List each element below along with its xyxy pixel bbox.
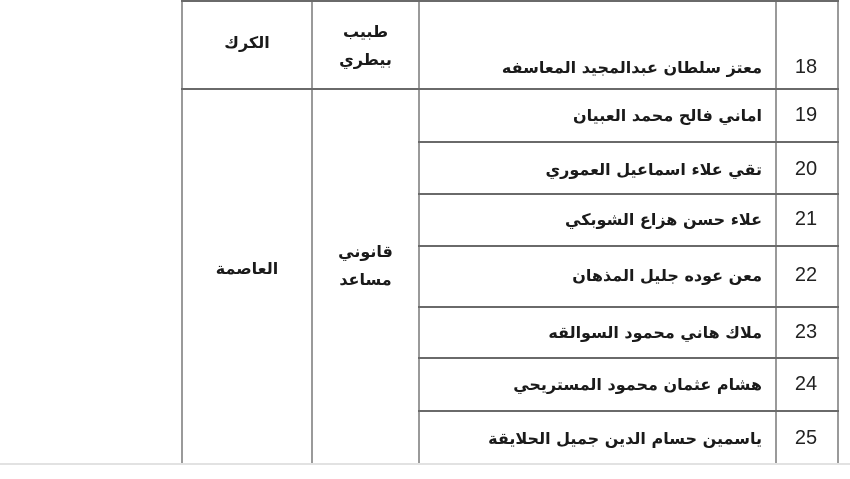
row-name: هشام عثمان محمود المستريحي: [513, 375, 762, 394]
row-number: 21: [781, 208, 831, 231]
row-name: ملاك هاني محمود السوالقه: [548, 323, 762, 342]
row-number: 22: [781, 264, 831, 287]
row-number: 25: [781, 427, 831, 450]
column-divider: [775, 0, 777, 465]
page-bottom-edge: [0, 463, 850, 465]
row-name: علاء حسن هزاع الشوبكي: [565, 210, 762, 229]
row-number: 23: [781, 321, 831, 344]
location-cell: الكرك: [183, 29, 311, 57]
row-name: تقي علاء اسماعيل العموري: [545, 160, 762, 179]
table-border-right: [837, 0, 839, 465]
specialty-cell: قانوني مساعد: [313, 238, 418, 294]
row-divider: [418, 245, 839, 247]
row-divider: [181, 88, 839, 90]
row-name: ياسمين حسام الدين جميل الحلايقة: [488, 429, 762, 448]
row-divider: [418, 357, 839, 359]
row-number: 19: [781, 104, 831, 127]
specialty-cell: طبيب بيطري: [313, 18, 418, 74]
column-divider: [418, 0, 420, 465]
row-divider: [181, 0, 839, 2]
row-number: 18: [781, 56, 831, 79]
row-number: 24: [781, 373, 831, 396]
row-name: معتز سلطان عبدالمجيد المعاسفه: [502, 58, 762, 77]
row-name: معن عوده جليل المذهان: [572, 266, 762, 285]
row-divider: [418, 410, 839, 412]
row-number: 20: [781, 158, 831, 181]
location-cell: العاصمة: [183, 255, 311, 283]
table-border-left: [181, 0, 183, 465]
row-name: اماني فالح محمد العبيان: [573, 106, 762, 125]
row-divider: [418, 306, 839, 308]
row-divider: [418, 193, 839, 195]
row-divider: [418, 141, 839, 143]
